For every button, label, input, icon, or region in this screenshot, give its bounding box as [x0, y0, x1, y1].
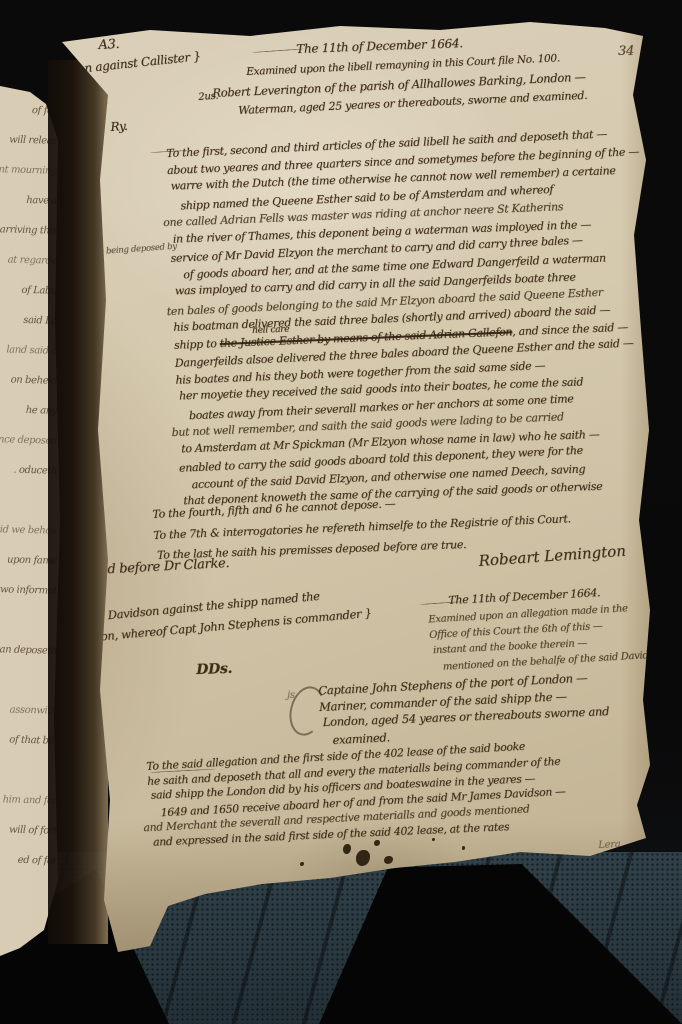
manuscript-photo: of forwill releasnt mourninghave aarrivi… — [0, 0, 682, 1024]
entry1-body-part2: Dangerfeilds alsoe delivered the three b… — [174, 335, 652, 511]
catchword: Lera — [598, 839, 621, 851]
entry2-deponent-heading: Captaine John Stephens of the port of Lo… — [318, 670, 607, 748]
ink-blot — [384, 856, 393, 864]
ink-blot — [374, 840, 380, 846]
binding-gutter — [48, 60, 108, 944]
notary-monogram: DDs. — [196, 661, 232, 678]
entry1-body: To the first, second and third articles … — [166, 125, 653, 511]
ink-blot — [462, 846, 465, 850]
struck-prefix: shipp to — [174, 337, 220, 352]
entry1-date-line: The 11th of December 1664. — [296, 36, 463, 56]
paragraph-mark: Ry. — [110, 119, 128, 134]
interlinear-insertion: hell care — [252, 325, 289, 336]
entry2-examined-block: Examined upon an allegation made in theO… — [428, 600, 666, 676]
folio-number: 34 — [618, 44, 634, 59]
ink-blot — [356, 850, 370, 866]
gathering-mark: A3. — [98, 37, 120, 53]
ink-blot — [300, 862, 304, 866]
ink-blot — [343, 844, 351, 854]
ink-blot — [432, 838, 435, 841]
entry2-case-note: James Davidson against the shipp named t… — [70, 582, 372, 650]
entry2-body: To the said allegation and the first sid… — [146, 738, 567, 851]
entry1-body-part1: To the first, second and third articles … — [166, 125, 646, 336]
